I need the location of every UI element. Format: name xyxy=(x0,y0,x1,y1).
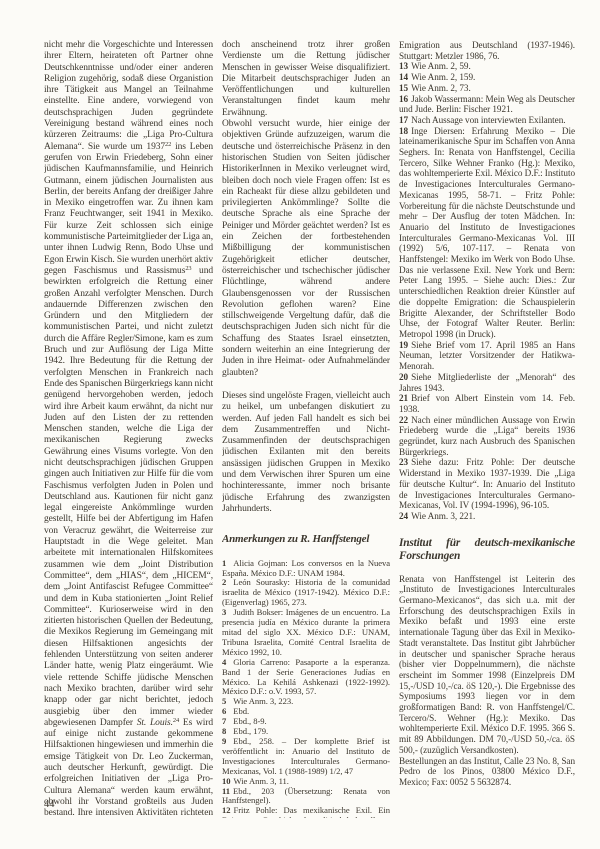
footnote-number: 16 xyxy=(399,94,408,104)
footnote-text: Wie Anm. 3, 223. xyxy=(233,696,293,706)
scanned-document-page: nicht mehr die Vorgeschichte und Interes… xyxy=(0,0,600,849)
footnote: 21Brief von Albert Einstein vom 14. Feb.… xyxy=(399,393,575,414)
footnote: 3Judith Bokser: Imágenes de un encuentro… xyxy=(222,608,390,658)
footnote: 16Jakob Wassermann: Mein Weg als Deutsch… xyxy=(399,94,575,115)
body-paragraph: doch anscheinend trotz ihrer großen Verd… xyxy=(222,40,390,119)
footnote-number: 2 xyxy=(222,577,226,587)
footnote: 20Siehe Mitgliederliste der „Menorah“ de… xyxy=(399,372,575,393)
footnote-number: 3 xyxy=(222,607,226,617)
footnote: 19Siehe Brief vom 17. April 1985 an Hans… xyxy=(399,340,575,372)
footnote-number: 19 xyxy=(399,340,408,350)
footnote-text: Ebd., 8-9. xyxy=(233,716,266,726)
footnote: 13Wie Anm. 2, 59. xyxy=(399,61,575,72)
footnote-number: 15 xyxy=(399,83,408,93)
footnote-text: León Sourasky: Historia de la comunidad … xyxy=(222,577,390,607)
footnote-continuation: Emigration aus Deutschland (1937-1946). … xyxy=(399,40,575,61)
footnote-text: Fritz Pohle: Das mexikanische Exil. Ein … xyxy=(222,805,390,818)
footnote-text: Inge Diersen: Erfahrung Mexiko – Die lat… xyxy=(399,126,575,339)
footnote-number: 9 xyxy=(222,736,226,746)
footnote: 22Nach einer mündlichen Aussage von Erwi… xyxy=(399,415,575,458)
text-run: und bewirkten erfolgreich die Rettung ei… xyxy=(44,266,213,728)
footnote-number: 10 xyxy=(222,776,231,786)
footnote-text: Nach Aussage von interviewten Exilanten. xyxy=(411,115,565,125)
footnote-number: 23 xyxy=(399,457,408,467)
footnote-text: Ebd., 179. xyxy=(233,726,268,736)
page-number: 44 xyxy=(44,799,55,810)
footnote-number: 18 xyxy=(399,126,408,136)
footnote-text: Wie Anm. 3, 11. xyxy=(234,776,289,786)
footnote-number: 17 xyxy=(399,115,408,125)
footnote-number: 5 xyxy=(222,696,226,706)
footnote-text: Emigration aus Deutschland (1937-1946). … xyxy=(399,40,575,61)
footnote-text: Ebd., 258. – Der komplette Brief ist ver… xyxy=(222,736,390,776)
footnote: 4Gloria Carreno: Pasaporte a la esperanz… xyxy=(222,658,390,698)
footnote-text: Jakob Wassermann: Mein Weg als Deutscher… xyxy=(399,94,575,115)
footnote: 17Nach Aussage von interviewten Exilante… xyxy=(399,115,575,126)
section-heading: Anmerkungen zu R. Hanffstengel xyxy=(222,533,390,547)
footnote-marker-superscript: 24 xyxy=(173,717,179,724)
text-column-middle: doch anscheinend trotz ihrer großen Verd… xyxy=(222,40,390,818)
footnote-number: 12 xyxy=(222,805,231,815)
footnote-text: Wie Anm. 2, 73. xyxy=(411,83,471,93)
footnote-marker-superscript: 23 xyxy=(185,265,191,272)
footnote-text: Siehe Mitgliederliste der „Menorah“ des … xyxy=(399,372,575,393)
body-paragraph: Dieses sind ungelöste Fragen, vielleicht… xyxy=(222,391,390,515)
footnote-text: Siehe Brief vom 17. April 1985 an Hans N… xyxy=(399,340,575,371)
footnote-marker-superscript: 22 xyxy=(165,141,171,148)
footnote-number: 13 xyxy=(399,61,408,71)
footnote-text: Wie Anm. 2, 59. xyxy=(411,61,471,71)
body-paragraph: Obwohl versucht wurde, hier einige der o… xyxy=(222,119,390,379)
footnote-number: 4 xyxy=(222,657,226,667)
footnote-number: 8 xyxy=(222,726,226,736)
footnote-number: 1 xyxy=(222,558,226,568)
body-paragraph: nicht mehr die Vorgeschichte und Interes… xyxy=(44,40,213,818)
footnote-number: 14 xyxy=(399,72,408,82)
section-heading: Institut für deutsch-mexikanische Forsch… xyxy=(399,537,575,564)
footnote: 15Wie Anm. 2, 73. xyxy=(399,83,575,94)
small-paragraph: Bestellungen an das Institut, Calle 23 N… xyxy=(399,756,575,788)
footnote-text: Alicia Gojman: Los conversos en la Nueva… xyxy=(222,558,390,578)
footnote: 11Ebd., 203 (Übersetzung: Renata von Han… xyxy=(222,787,390,807)
footnote-text: Wie Anm. 2, 159. xyxy=(411,72,475,82)
text-run: Es wird auf einige nicht zustande gekomm… xyxy=(44,718,213,818)
footnote: 1Alicia Gojman: Los conversos en la Nuev… xyxy=(222,559,390,579)
footnote: 24Wie Anm. 3, 221. xyxy=(399,511,575,522)
footnote-text: Nach einer mündlichen Aussage von Erwin … xyxy=(399,415,575,457)
footnote-number: 11 xyxy=(222,786,230,796)
footnote-text: Wie Anm. 3, 221. xyxy=(411,511,475,521)
footnote-number: 21 xyxy=(399,393,408,403)
footnote: 18Inge Diersen: Erfahrung Mexiko – Die l… xyxy=(399,126,575,340)
footnote-text: Brief von Albert Einstein vom 14. Feb. 1… xyxy=(399,393,575,414)
text-column-left: nicht mehr die Vorgeschichte und Interes… xyxy=(44,40,213,818)
footnote-number: 22 xyxy=(399,415,408,425)
footnote-number: 6 xyxy=(222,706,226,716)
text-run: ins Leben gerufen von Erwin Friedeberg, … xyxy=(44,142,213,276)
text-column-right: Emigration aus Deutschland (1937-1946). … xyxy=(399,40,575,818)
footnote-text: Ebd. xyxy=(233,706,249,716)
footnote-text: Gloria Carreno: Pasaporte a la esperanza… xyxy=(222,657,390,697)
footnote: 9Ebd., 258. – Der komplette Brief ist ve… xyxy=(222,737,390,777)
text-run: nicht mehr die Vorgeschichte und Interes… xyxy=(44,40,213,152)
small-paragraph: Renata von Hanffstengel ist Leiterin des… xyxy=(399,574,575,756)
footnote-text: Siehe dazu: Fritz Pohle: Der deutsche Wi… xyxy=(399,457,575,510)
footnote-number: 20 xyxy=(399,372,408,382)
italic-text: St. Louis. xyxy=(137,718,173,728)
text-columns: nicht mehr die Vorgeschichte und Interes… xyxy=(44,40,575,818)
footnote-number: 7 xyxy=(222,716,226,726)
footnote-text: Ebd., 203 (Übersetzung: Renata von Hanff… xyxy=(222,786,390,806)
footnote-number: 24 xyxy=(399,511,408,521)
footnote: 12Fritz Pohle: Das mexikanische Exil. Ei… xyxy=(222,806,390,818)
footnote: 14Wie Anm. 2, 159. xyxy=(399,72,575,83)
footnote-text: Judith Bokser: Imágenes de un encuentro.… xyxy=(222,607,390,657)
footnote: 23Siehe dazu: Fritz Pohle: Der deutsche … xyxy=(399,457,575,511)
footnote: 2León Sourasky: Historia de la comunidad… xyxy=(222,578,390,608)
